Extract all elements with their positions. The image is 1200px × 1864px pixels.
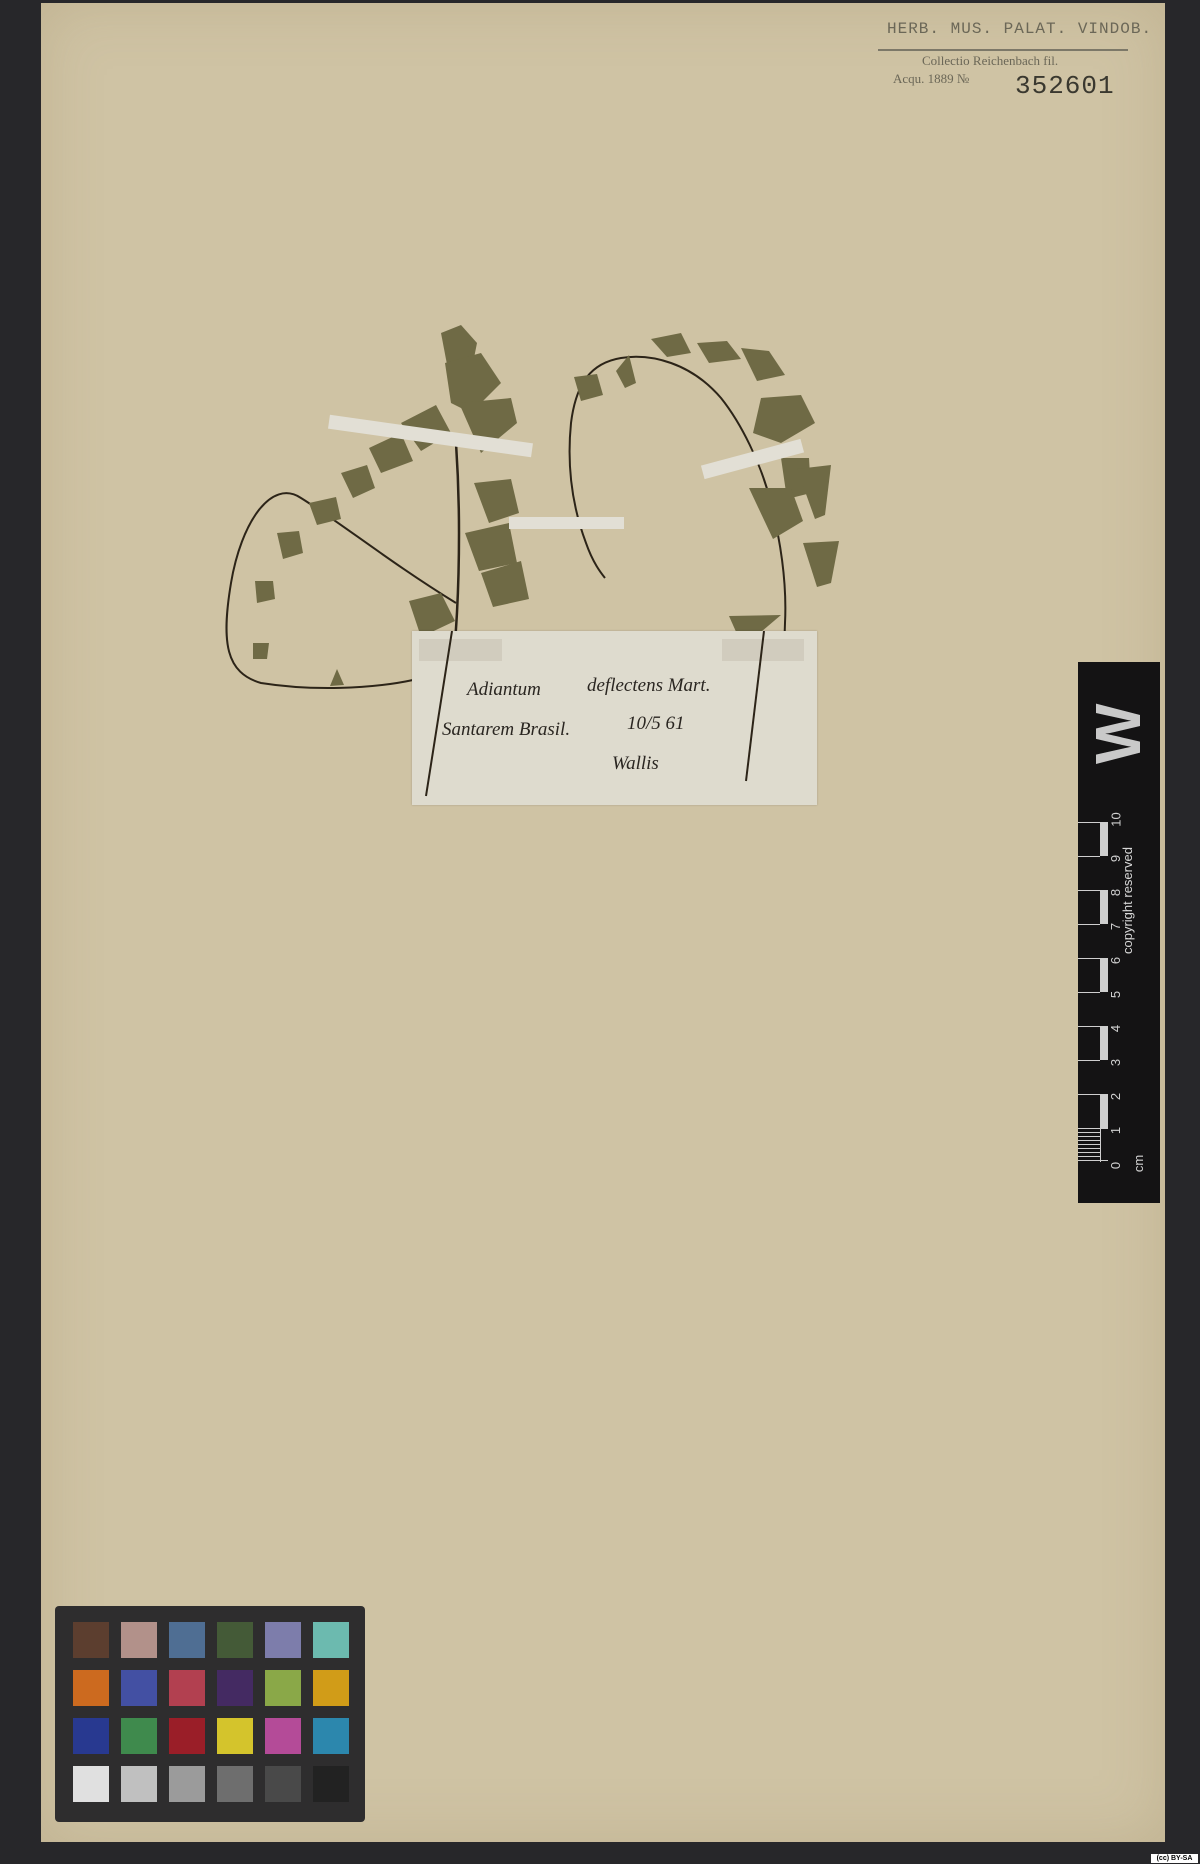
color-patch: [169, 1622, 205, 1658]
color-patch: [217, 1718, 253, 1754]
color-patch: [73, 1766, 109, 1802]
scale-tick: 8: [1108, 889, 1123, 896]
scale-tick: 10: [1109, 812, 1124, 826]
color-patch: [313, 1766, 349, 1802]
stems-over-label: [412, 631, 817, 805]
color-patch: [265, 1766, 301, 1802]
license-badge[interactable]: (cc) BY-SA: [1151, 1854, 1198, 1863]
color-patch: [169, 1766, 205, 1802]
scale-bar: W copyright reserved: [1078, 662, 1160, 1203]
color-patch: [121, 1718, 157, 1754]
color-patch: [265, 1718, 301, 1754]
color-patch: [217, 1670, 253, 1706]
color-patch: [121, 1670, 157, 1706]
color-checker: [55, 1606, 365, 1822]
color-patch: [169, 1670, 205, 1706]
scale-tick: 9: [1108, 855, 1123, 862]
color-patch: [73, 1622, 109, 1658]
color-patch: [121, 1622, 157, 1658]
color-patch: [73, 1718, 109, 1754]
color-patch: [217, 1622, 253, 1658]
scale-tick: 5: [1108, 991, 1123, 998]
color-patch: [169, 1718, 205, 1754]
scale-tick: 6: [1108, 957, 1123, 964]
color-patch: [313, 1622, 349, 1658]
scale-tick: 3: [1108, 1059, 1123, 1066]
scale-tick: 7: [1108, 923, 1123, 930]
specimen-label: Adiantum deflectens Mart. Santarem Brasi…: [412, 631, 817, 805]
copyright-text: copyright reserved: [1120, 847, 1135, 954]
scale-unit: cm: [1131, 1155, 1146, 1172]
color-patch: [217, 1766, 253, 1802]
fern-specimen: [41, 3, 1165, 1003]
herbarium-sheet: HERB. MUS. PALAT. VINDOB. Collectio Reic…: [41, 3, 1165, 1842]
color-patch: [73, 1670, 109, 1706]
color-patch: [265, 1622, 301, 1658]
mounting-tape: [509, 517, 624, 529]
color-patch: [313, 1718, 349, 1754]
scale-tick: 1: [1108, 1127, 1123, 1134]
color-patch: [265, 1670, 301, 1706]
scale-tick: 4: [1108, 1025, 1123, 1032]
color-patch: [313, 1670, 349, 1706]
institution-logo: W: [1088, 704, 1148, 764]
ruler-ticks: [1078, 822, 1108, 1165]
scale-tick: 2: [1108, 1093, 1123, 1100]
color-patch: [121, 1766, 157, 1802]
scale-tick: 0: [1108, 1162, 1123, 1169]
